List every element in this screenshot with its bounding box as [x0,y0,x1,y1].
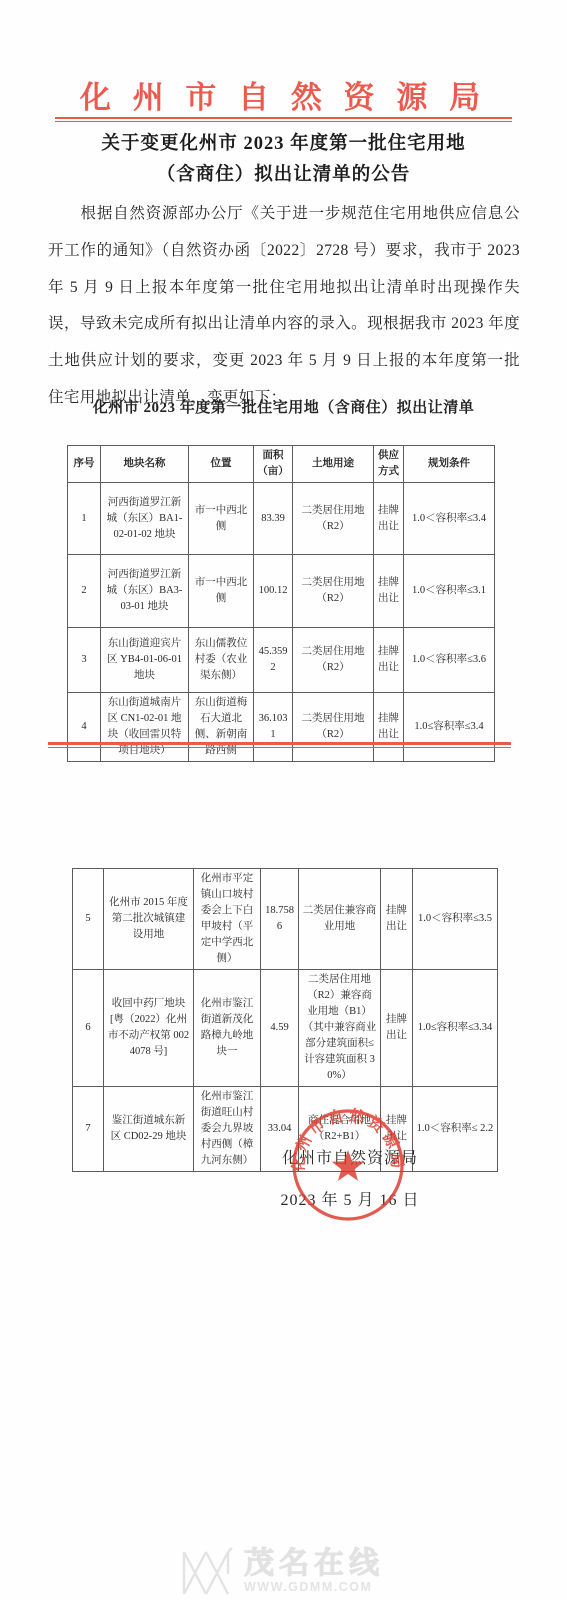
table-cell: 市一中西北侧 [189,555,254,628]
document-title-line2: （含商住）拟出让清单的公告 [0,160,567,191]
table-row: 1河西街道罗江新城（东区）BA1-02-01-02 地块市一中西北侧83.39二… [68,483,495,555]
table-header-row: 序号 地块名称 位置 面积（亩） 土地用途 供应方式 规划条件 [68,446,495,483]
table-cell: 7 [73,1087,104,1172]
divider-thin-line [55,121,512,122]
table-caption: 化州市 2023 年度第一批住宅用地（含商住）拟出让清单 [0,396,567,417]
official-seal: 化州市自然资源局 [289,1106,407,1224]
letterhead-agency-title: 化 州 市 自 然 资 源 局 [0,72,567,117]
letterhead-divider [55,117,512,122]
document-page: 化 州 市 自 然 资 源 局 关于变更化州市 2023 年度第一批住宅用地 （… [0,0,567,1600]
table-cell: 36.1031 [254,693,293,762]
table-cell: 鉴江街道城东新区 CD02-29 地块 [104,1087,194,1172]
table-cell: 6 [73,970,104,1087]
land-listing-table-page2: 5化州市 2015 年度第二批次城镇建设用地化州市平定镇山口坡村委会上下白甲坡村… [72,868,498,1172]
body-paragraph: 根据自然资源部办公厅《关于进一步规范住宅用地供应信息公开工作的通知》（自然资办函… [48,196,520,417]
table-row: 6收回中药厂地块[粤（2022）化州市不动产权第 0024078 号]化州市鉴江… [73,970,498,1087]
site-watermark-text: 茂名在线 WWW.GDMM.COM [244,1548,384,1594]
table-cell: 1.0≤容积率≤3.4 [404,693,495,762]
table-cell: 化州市鉴江街道新茂化路樟九岭地块一 [194,970,261,1087]
table-cell: 5 [73,869,104,970]
document-title-line1: 关于变更化州市 2023 年度第一批住宅用地 [0,129,567,160]
table-cell: 东山街道迎宾片区 YB4-01-06-01 地块 [101,628,189,693]
table-cell: 挂牌出让 [374,555,404,628]
table-cell: 河西街道罗江新城（东区）BA1-02-01-02 地块 [101,483,189,555]
table-cell: 1.0＜容积率≤3.5 [413,869,498,970]
table-cell: 二类居住兼容商业用地 [299,869,381,970]
land-listing-table-page1: 序号 地块名称 位置 面积（亩） 土地用途 供应方式 规划条件 1河西街道罗江新… [67,445,495,762]
table-cell: 市一中西北侧 [189,483,254,555]
table-cell: 1.0≤容积率≤3.34 [413,970,498,1087]
header-cell-parcel-name: 地块名称 [101,446,189,483]
table-cell: 挂牌出让 [374,483,404,555]
header-cell-location: 位置 [189,446,254,483]
table-cell: 挂牌出让 [381,970,413,1087]
table-cell: 河西街道罗江新城（东区）BA3-03-01 地块 [101,555,189,628]
table-cell: 二类居住用地（R2） [293,628,374,693]
footer-rule-thick-line [48,742,511,745]
footer-rule-thin-line [48,747,511,748]
table-cell: 东山街道城南片区 CN1-02-01 地块（收回雷贝特项目地块） [101,693,189,762]
table-cell: 1.0＜容积率≤3.4 [404,483,495,555]
site-url: WWW.GDMM.COM [244,1580,384,1594]
table-cell: 83.39 [254,483,293,555]
table-cell: 二类居住用地（R2） [293,555,374,628]
site-logo-icon [182,1544,234,1598]
document-title: 关于变更化州市 2023 年度第一批住宅用地 （含商住）拟出让清单的公告 [0,129,567,191]
divider-thick-line [55,117,512,119]
table-cell: 二类居住用地（R2） [293,693,374,762]
table-cell: 4 [68,693,101,762]
table-cell: 1.0＜容积率≤3.6 [404,628,495,693]
table-row: 3东山街道迎宾片区 YB4-01-06-01 地块东山儒教位村委（农业渠东侧）4… [68,628,495,693]
table-cell: 二类居住用地（R2） [293,483,374,555]
table-row: 2河西街道罗江新城（东区）BA3-03-01 地块市一中西北侧100.12二类居… [68,555,495,628]
table-cell: 二类居住用地（R2）兼容商业用地（B1）（其中兼容商业部分建筑面积≤计容建筑面积… [299,970,381,1087]
table-cell: 45.3592 [254,628,293,693]
table-cell: 化州市 2015 年度第二批次城镇建设用地 [104,869,194,970]
header-cell-seq: 序号 [68,446,101,483]
table-cell: 挂牌出让 [374,693,404,762]
table-cell: 收回中药厂地块[粤（2022）化州市不动产权第 0024078 号] [104,970,194,1087]
table-cell: 挂牌出让 [374,628,404,693]
page-footer-rule [48,742,511,748]
table-cell: 东山街道梅石大道北侧、新朝南路西侧 [189,693,254,762]
table-cell: 化州市平定镇山口坡村委会上下白甲坡村（平定中学西北侧） [194,869,261,970]
table-row: 4东山街道城南片区 CN1-02-01 地块（收回雷贝特项目地块）东山街道梅石大… [68,693,495,762]
table-cell: 100.12 [254,555,293,628]
table-cell: 1.0＜容积率≤3.1 [404,555,495,628]
table-cell: 4.59 [261,970,299,1087]
table-row: 5化州市 2015 年度第二批次城镇建设用地化州市平定镇山口坡村委会上下白甲坡村… [73,869,498,970]
header-cell-planning-conditions: 规划条件 [404,446,495,483]
header-cell-land-use: 土地用途 [293,446,374,483]
site-name: 茂名在线 [244,1548,384,1580]
table-cell: 化州市鉴江街道旺山村委会九界坡村西侧（樟九河东侧） [194,1087,261,1172]
header-cell-area: 面积（亩） [254,446,293,483]
table-cell: 1 [68,483,101,555]
table-cell: 挂牌出让 [381,869,413,970]
site-watermark: 茂名在线 WWW.GDMM.COM [182,1544,384,1598]
header-cell-supply-method: 供应方式 [374,446,404,483]
table-cell: 3 [68,628,101,693]
table-cell: 东山儒教位村委（农业渠东侧） [189,628,254,693]
seal-star-icon [332,1150,364,1181]
table-cell: 18.7586 [261,869,299,970]
table-cell: 2 [68,555,101,628]
